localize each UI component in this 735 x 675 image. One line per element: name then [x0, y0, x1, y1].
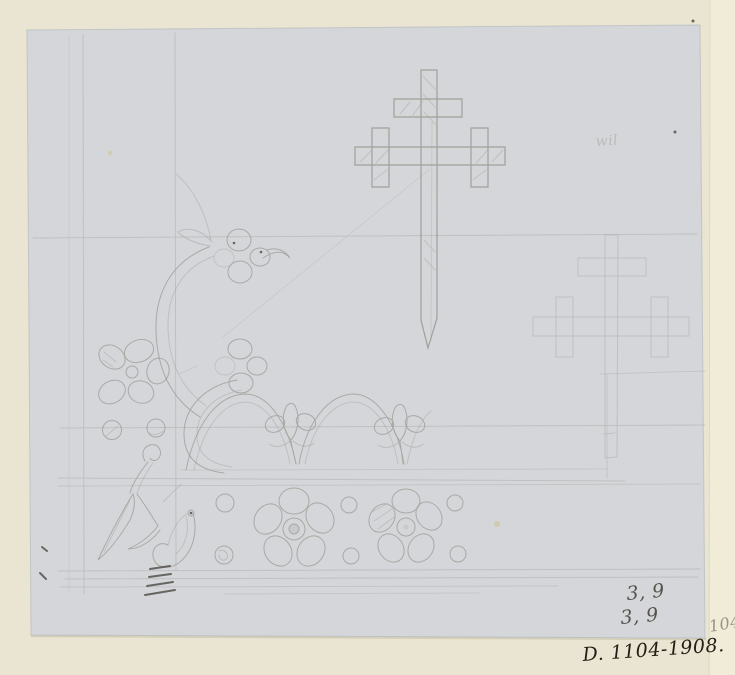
artwork-canvas: wil 3, 9 3, 9 D. 1104-1908. 104 [0, 0, 735, 675]
faint-pencil-note: wil [595, 132, 619, 150]
dimension-note-line2: 3, 9 [620, 604, 660, 629]
mount-right-strip [710, 0, 735, 675]
drawing-sheet [27, 25, 705, 638]
dimension-note-line1: 3, 9 [626, 580, 666, 605]
museum-photo-of-drawing: wil 3, 9 3, 9 D. 1104-1908. 104 [0, 0, 735, 675]
